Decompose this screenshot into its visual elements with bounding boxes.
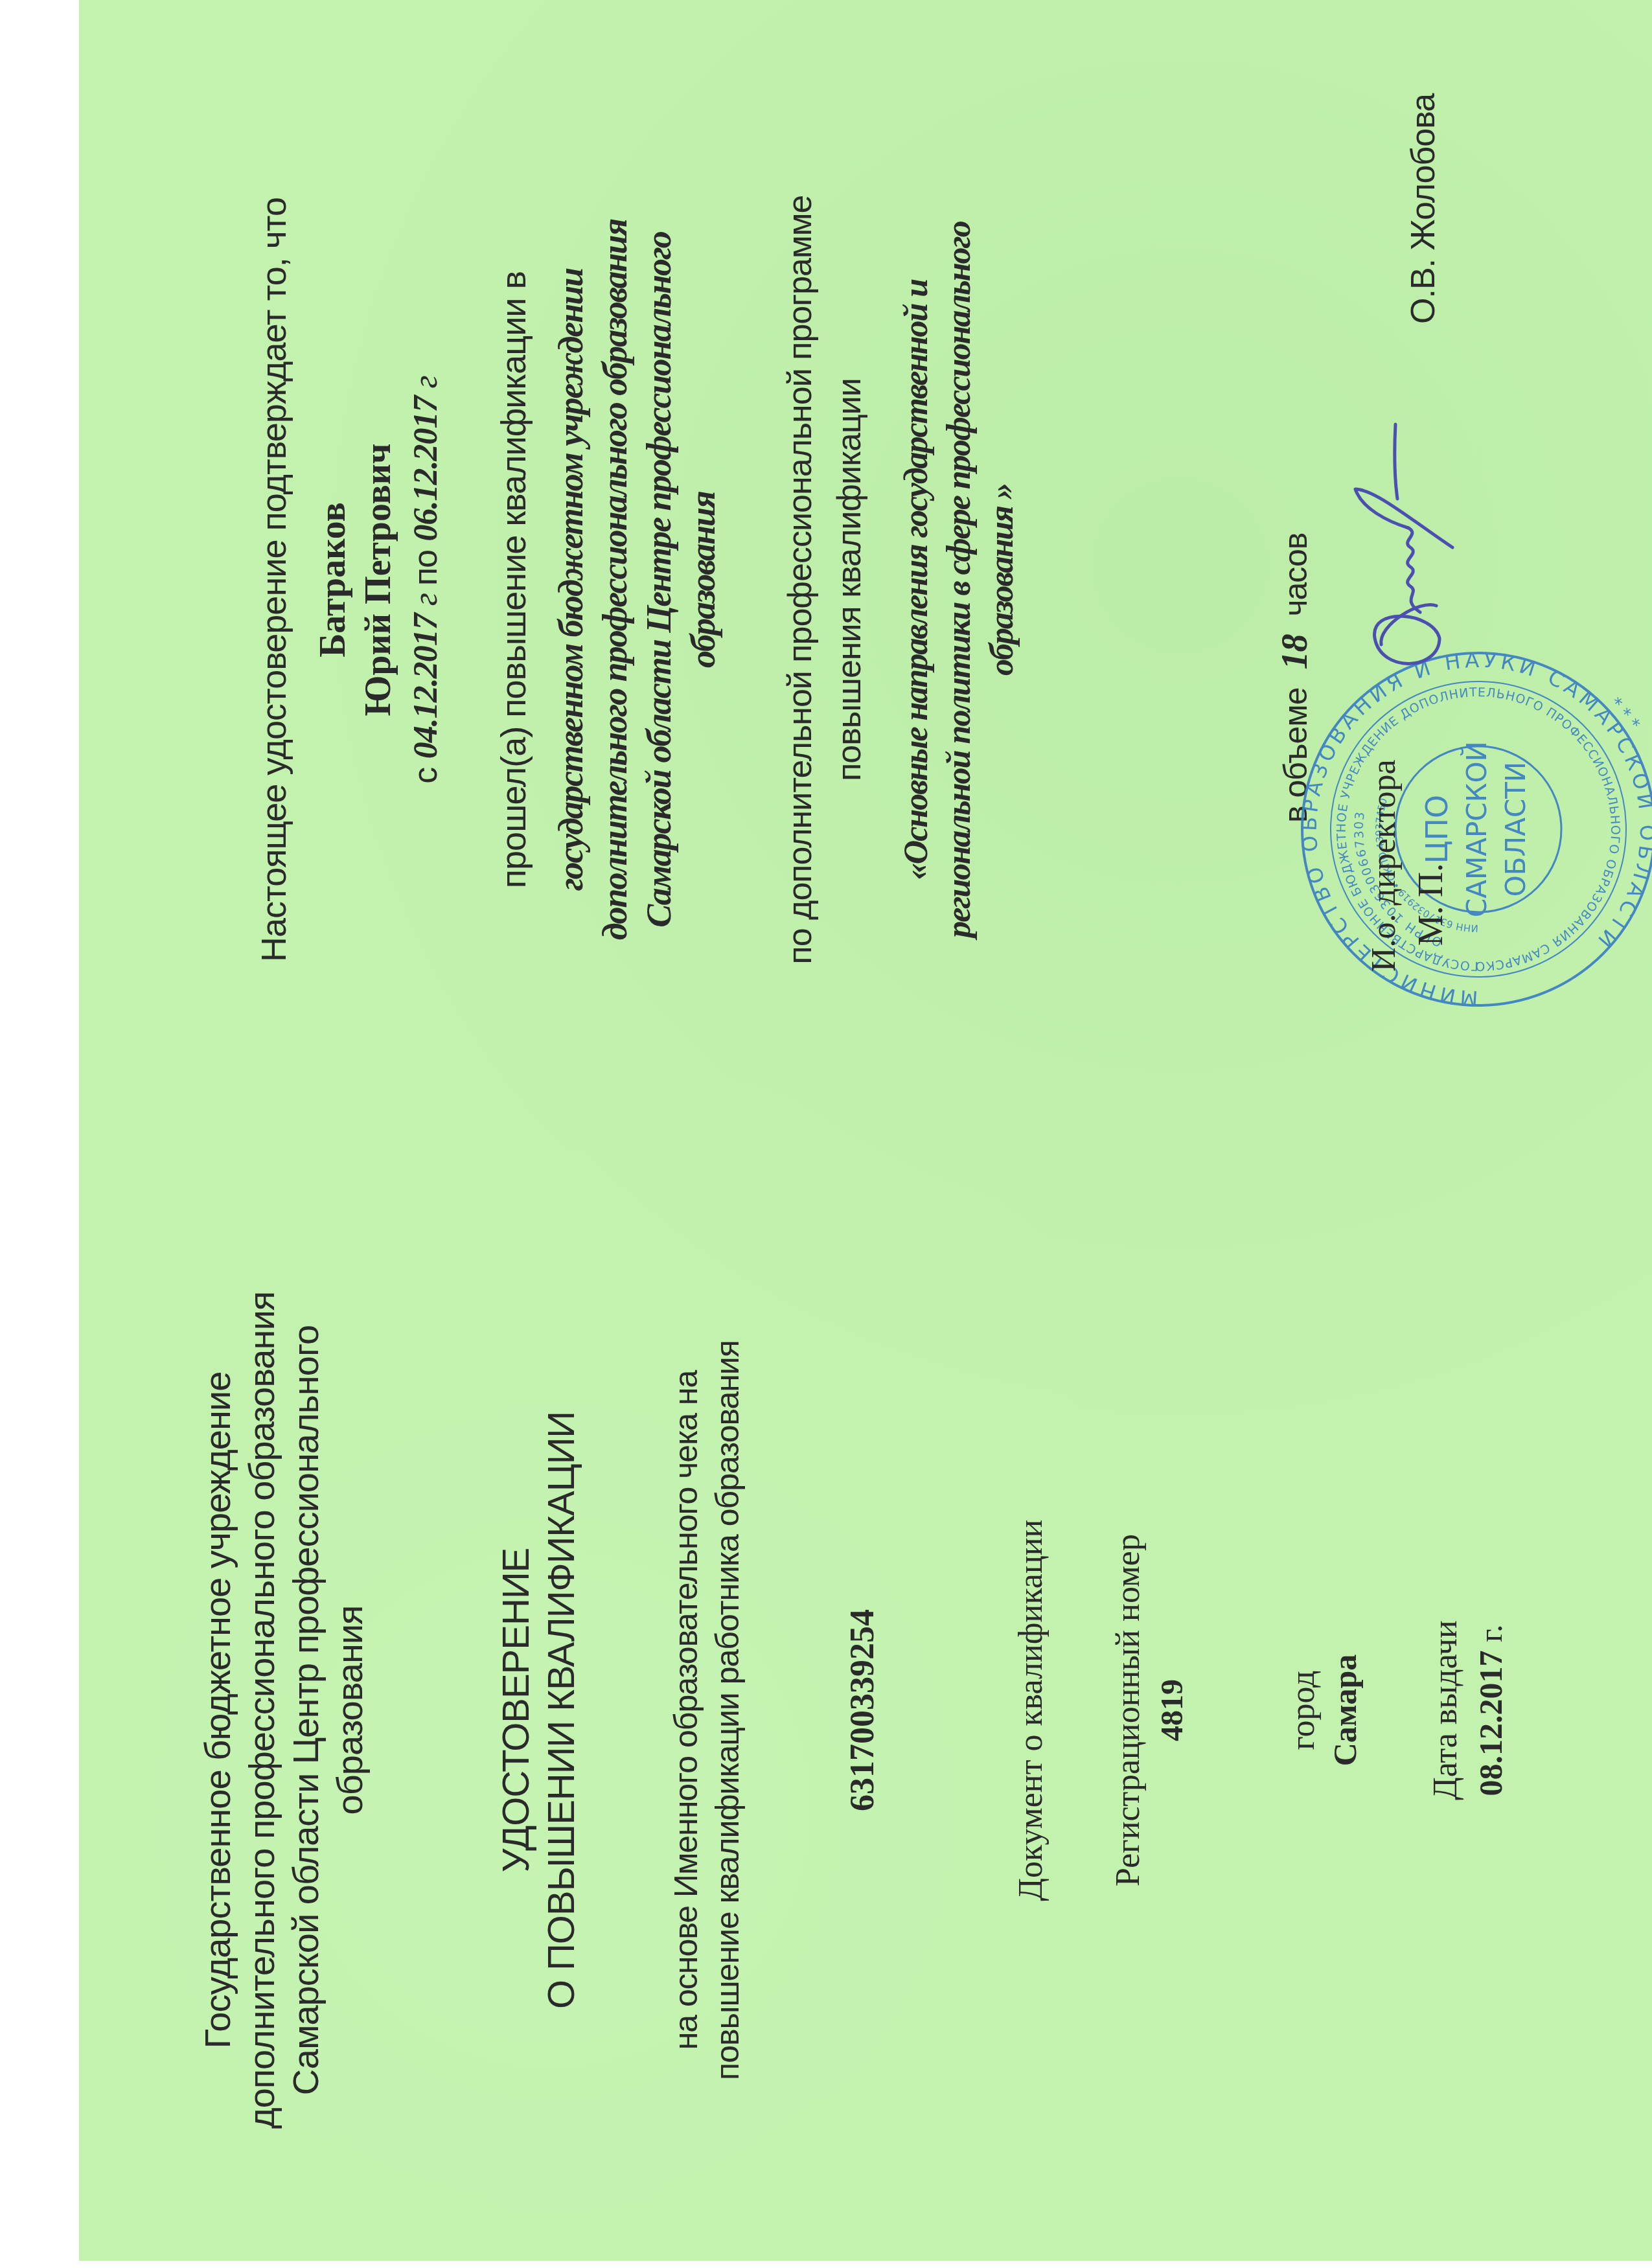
org-header-line: Самарской области Центр профессиональног… — [284, 1160, 328, 2261]
issuing-organization-header: Государственное бюджетное учреждение доп… — [196, 1160, 372, 2261]
official-stamp-icon: МИНИСТЕРСТВО ОБРАЗОВАНИЯ И НАУКИ САМАРСК… — [1297, 648, 1652, 1011]
period-to-suffix: г — [407, 376, 444, 396]
signature-icon — [1342, 411, 1472, 683]
program-name-line: региональной политики в сфере профессион… — [938, 0, 981, 1160]
holder-given-names: Юрий Петрович — [358, 0, 399, 1160]
basis-line: на основе Именного образовательного чека… — [665, 1160, 707, 2261]
holder-surname: Батраков — [312, 0, 354, 1160]
issue-date: 08.12.2017 г. — [1472, 1160, 1509, 2261]
issue-date-label: Дата выдачи — [1427, 1160, 1465, 2261]
basis-line: повышение квалификации работника образов… — [707, 1160, 748, 2261]
document-spread: Государственное бюджетное учреждение доп… — [0, 0, 1652, 2268]
registration-number: 4819 — [1154, 1160, 1190, 2261]
cheque-number: 631700339254 — [843, 1160, 882, 2261]
basis-statement: на основе Именного образовательного чека… — [665, 1160, 748, 2261]
hours-suffix: часов — [1278, 533, 1314, 617]
document-title-line: О ПОВЫШЕНИИ КВАЛИФИКАЦИИ — [539, 1160, 584, 2261]
passed-training-text: прошел(а) повышение квалификации в — [494, 0, 534, 1160]
institution-line: государственном бюджетном учреждении — [549, 0, 593, 1160]
certificate-body-page: Настоящее удостоверение подтверждает то,… — [79, 0, 1652, 1160]
period-to-prefix: по — [407, 542, 444, 586]
period-to-date: 06.12.2017 — [407, 396, 444, 542]
training-institution: государственном бюджетном учреждении доп… — [549, 0, 725, 1160]
certificate-paper: Государственное бюджетное учреждение доп… — [79, 0, 1652, 2261]
document-kind: Документ о квалификации — [1012, 1160, 1050, 2261]
stamp-center-line: ЦПО — [1419, 795, 1454, 864]
program-label: по дополнительной профессиональной прогр… — [775, 0, 874, 1160]
org-header-line: образования — [328, 1160, 372, 2261]
director-title: И.о. директора — [1365, 759, 1403, 972]
stamp-center-line: САМАРСКОЙ — [1460, 741, 1493, 917]
org-header-line: Государственное бюджетное учреждение — [196, 1160, 240, 2261]
city-label: город — [1284, 1160, 1322, 2261]
org-header-line: дополнительного профессионального образо… — [240, 1160, 284, 2261]
issue-date-value: 08.12.2017 — [1473, 1650, 1509, 1796]
confirmation-text: Настоящее удостоверение подтверждает то,… — [254, 0, 294, 1160]
issue-year-suffix: г. — [1473, 1625, 1509, 1651]
institution-line: дополнительного профессионального образо… — [593, 0, 637, 1160]
director-name: О.В. Жолобова — [1404, 94, 1443, 324]
institution-line: образования — [681, 0, 725, 1160]
program-name: «Основные направления государственной и … — [895, 0, 1024, 1160]
stamp-center-line: ОБЛАСТИ — [1500, 762, 1532, 897]
certificate-cover-page: Государственное бюджетное учреждение доп… — [79, 1160, 1652, 2261]
training-period: с 04.12.2017 г по 06.12.2017 г — [406, 0, 445, 1160]
program-name-line: образования » — [981, 0, 1024, 1160]
program-label-line: повышения квалификации — [825, 0, 874, 1160]
period-from-prefix: с — [407, 759, 444, 783]
city-name: Самара — [1326, 1160, 1364, 2261]
document-title-line: УДОСТОВЕРЕНИЕ — [494, 1160, 539, 2261]
document-title: УДОСТОВЕРЕНИЕ О ПОВЫШЕНИИ КВАЛИФИКАЦИИ — [494, 1160, 584, 2261]
program-label-line: по дополнительной профессиональной прогр… — [775, 0, 825, 1160]
program-name-line: «Основные направления государственной и — [895, 0, 938, 1160]
institution-line: Самарской области Центре профессионально… — [637, 0, 681, 1160]
seal-mark: М. П. — [1410, 863, 1451, 946]
period-from-date: 04.12.2017 — [407, 613, 444, 759]
period-from-suffix: г — [407, 586, 444, 613]
registration-number-label: Регистрационный номер — [1109, 1160, 1147, 2261]
